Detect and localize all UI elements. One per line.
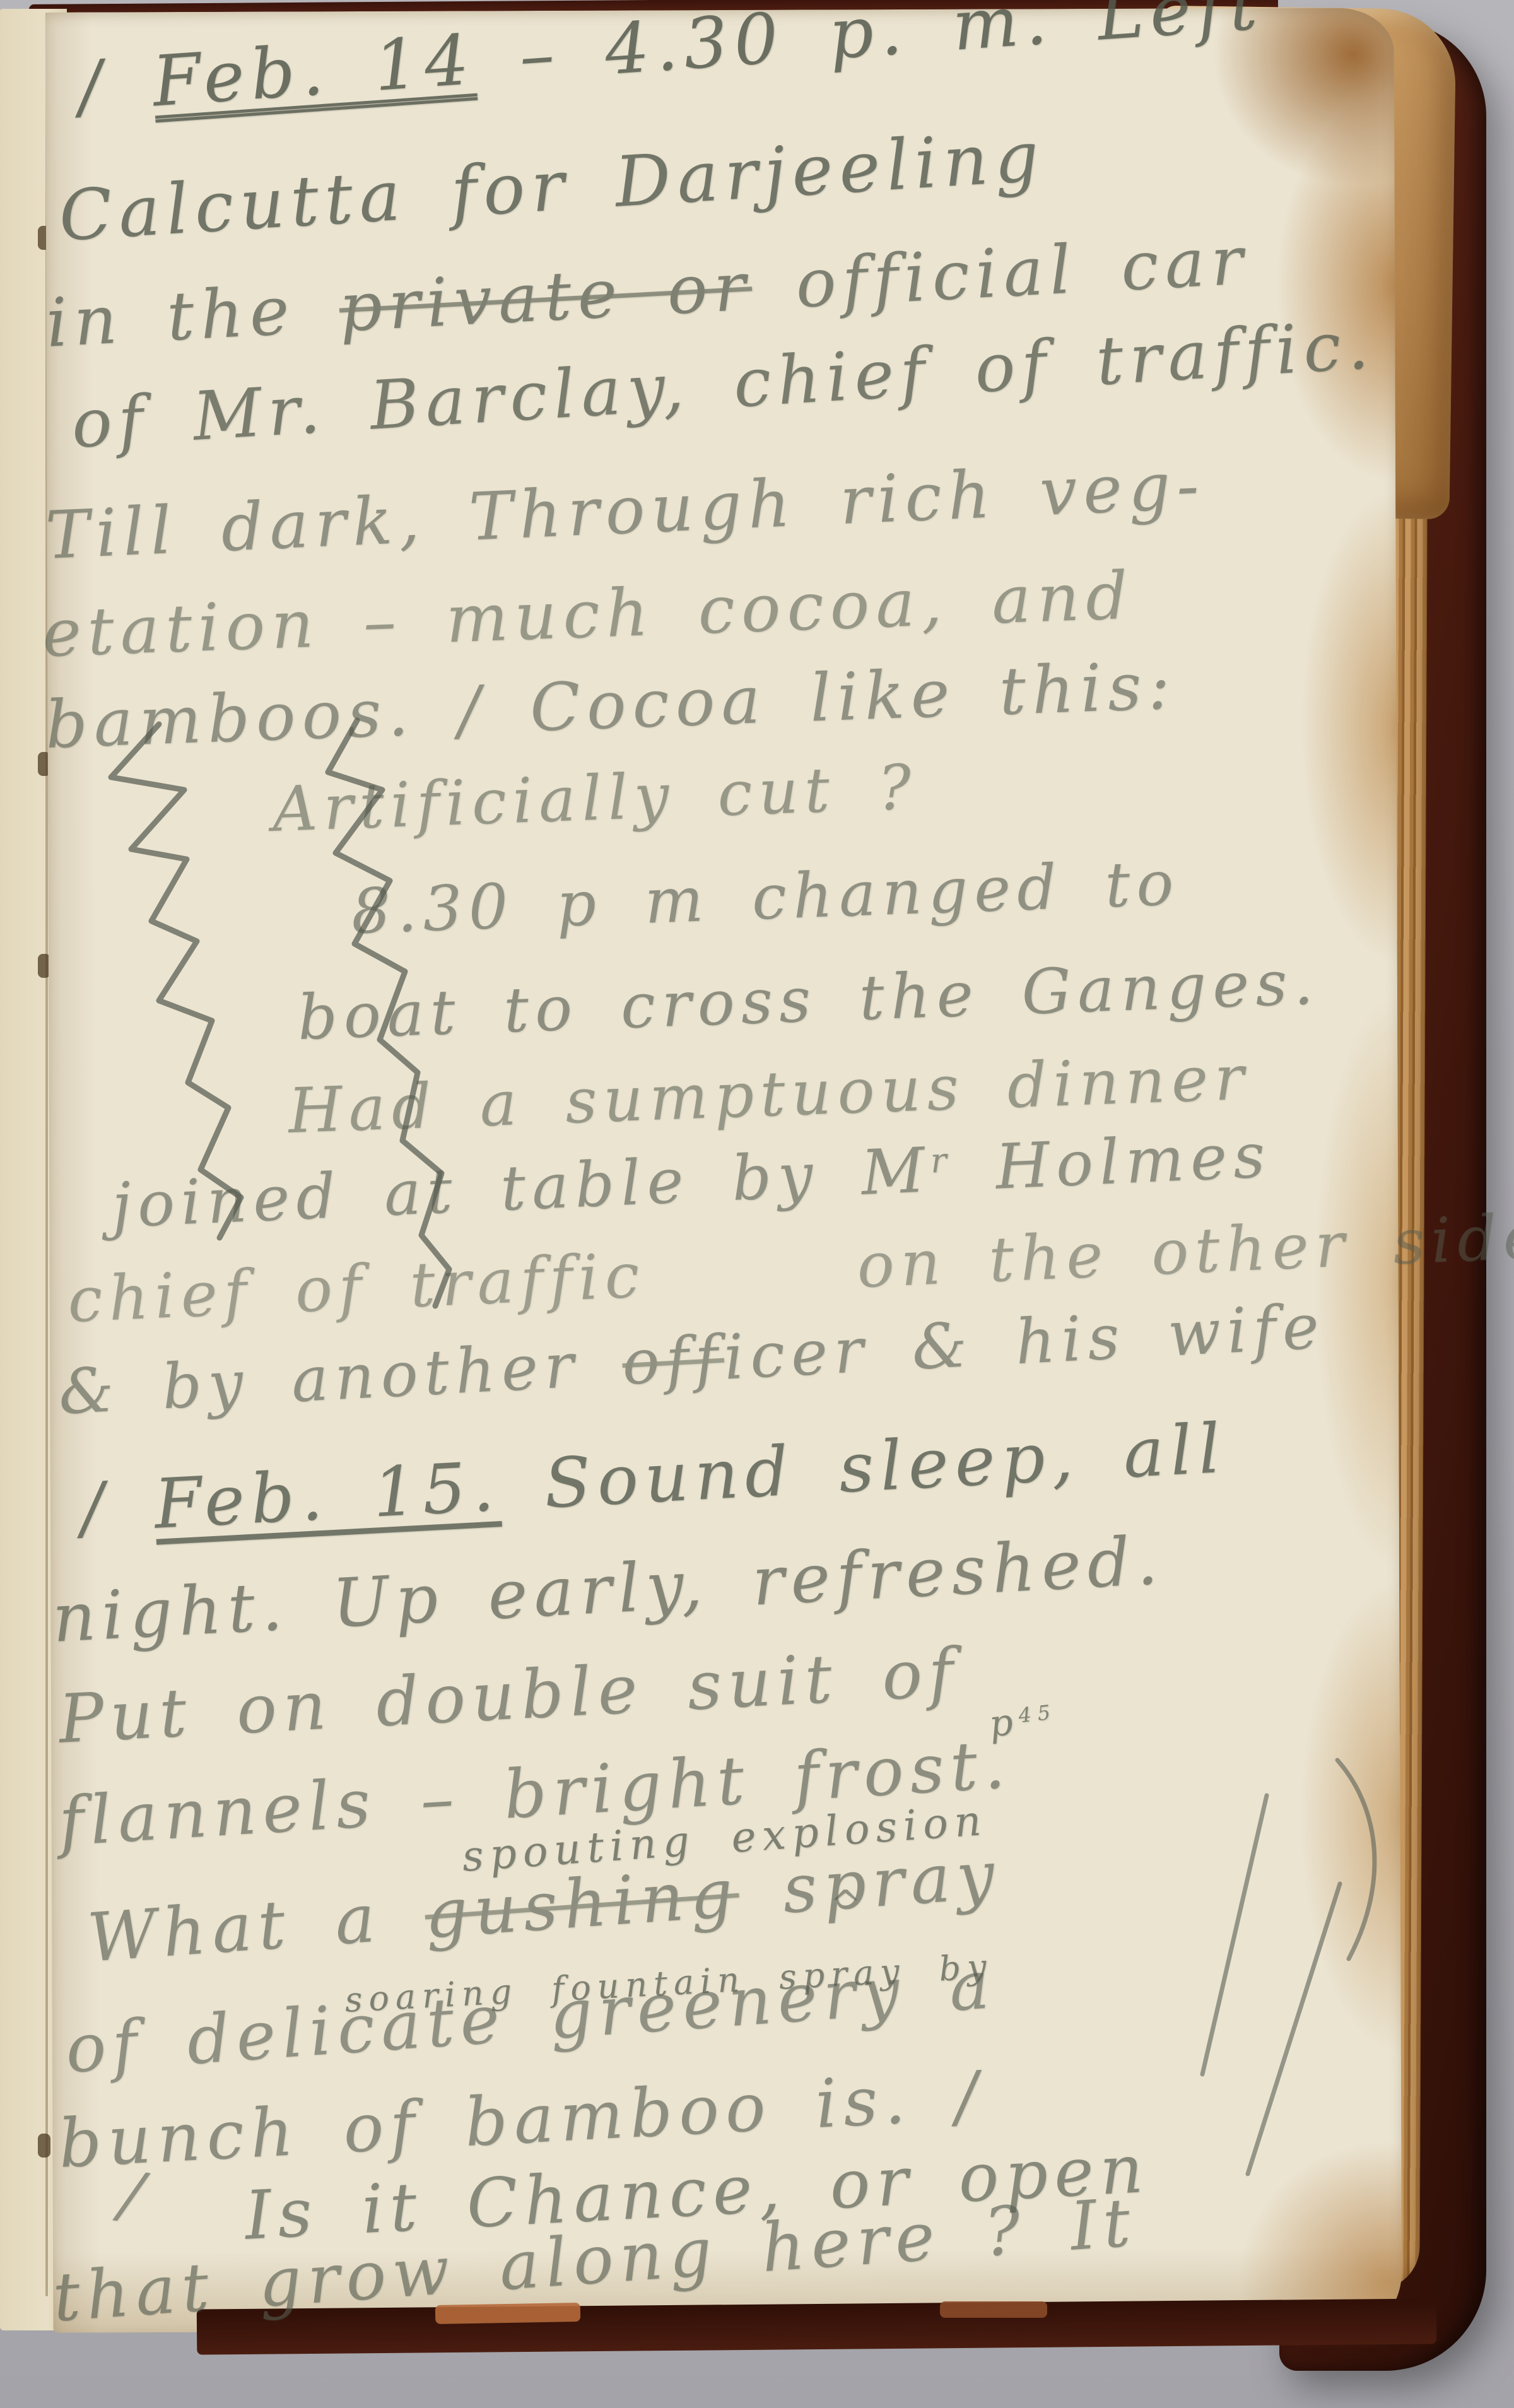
line-feb14-heading: / Feb. 14 – 4.30 p. m. Left [76,0,1265,127]
handwriting-segment: icer & his wife [722,1291,1327,1394]
line-night-early: night. Up early, refreshed. [50,1522,1166,1657]
line-boat-ganges: boat to cross the Ganges. [296,947,1320,1054]
handwriting-segment: / [76,42,156,127]
handwriting-segment: Till dark, Through rich veg- [44,447,1207,574]
handwriting-segment: boat to cross the Ganges. [296,946,1320,1054]
handwriting-segment: off [620,1322,725,1399]
handwriting-segment: Feb. 14 [150,19,478,122]
line-calcutta: Calcutta for Darjeeling [57,116,1047,256]
line-till-dark: Till dark, Through rich veg- [44,448,1207,574]
handwriting-layer: / Feb. 14 – 4.30 p. m. LeftCalcutta for … [0,0,1514,2408]
handwriting-segment: / [79,1465,156,1548]
handwriting-segment: Sound sleep, all [498,1409,1228,1526]
handwriting-segment: official car [750,221,1252,325]
handwriting-segment: private or [337,247,754,346]
handwriting-segment: Calcutta for Darjeeling [57,115,1047,256]
handwriting-segment: – 4.30 p. m. Left [472,0,1265,100]
scanned-notebook-photo: / Feb. 14 – 4.30 p. m. LeftCalcutta for … [0,0,1514,2408]
handwriting-segment: Artificially cut ? [271,751,918,846]
line-830pm: 8.30 p m changed to [350,848,1181,948]
handwriting-segment: & by another [57,1327,624,1429]
handwriting-segment: What a [85,1876,428,1977]
handwriting-segment: 45 [1017,1700,1057,1727]
handwriting-segment: r [929,1140,953,1181]
handwriting-segment: joined at table by M [110,1134,932,1242]
handwriting-segment: in the [44,269,341,362]
handwriting-segment: Holmes [952,1120,1273,1206]
handwriting-segment: night. Up early, refreshed. [50,1522,1166,1657]
handwriting-segment: Feb. 15. [153,1447,502,1544]
handwriting-segment: 8.30 p m changed to [350,847,1181,948]
line-artificially-cut: Artificially cut ? [271,752,918,845]
